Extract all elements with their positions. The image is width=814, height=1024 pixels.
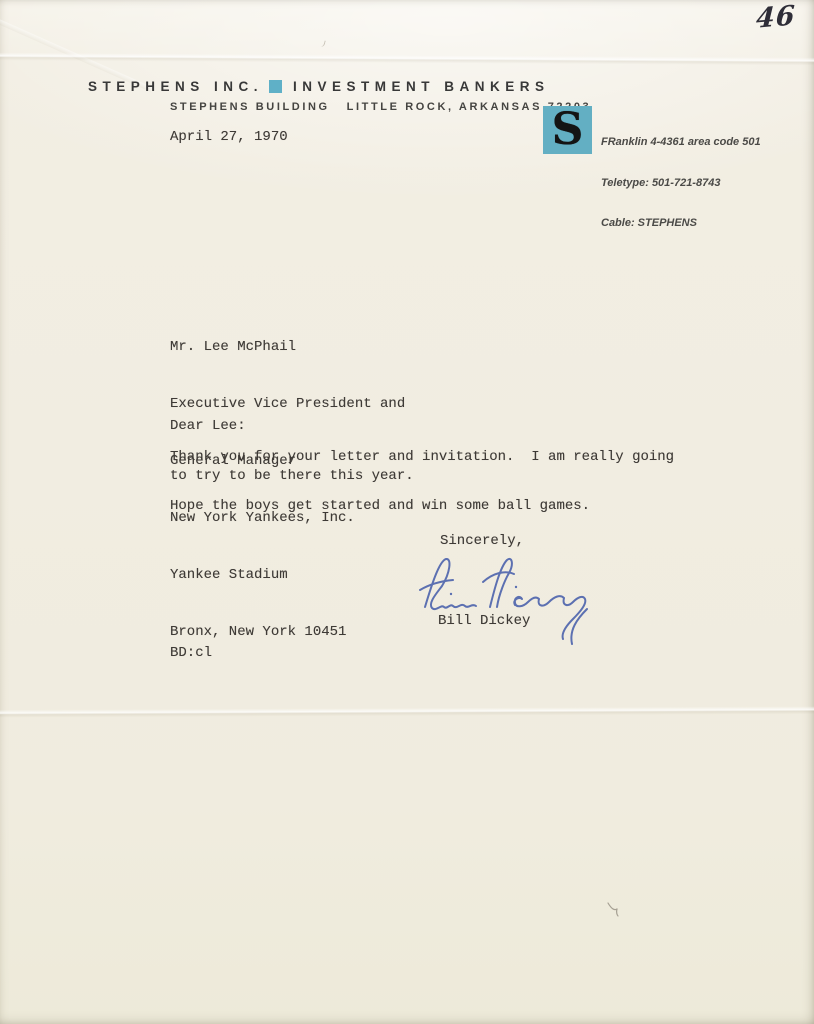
scanned-letter: 46 STEPHENS INC. INVESTMENT BANKERS STEP… <box>0 0 814 1024</box>
letter-date: April 27, 1970 <box>170 128 288 147</box>
reference-initials: BD:cl <box>170 644 212 663</box>
recipient-line: Executive Vice President and <box>170 395 405 414</box>
company-tagline: INVESTMENT BANKERS <box>293 79 550 94</box>
contact-teletype: Teletype: 501-721-8743 <box>601 177 761 191</box>
accent-square-icon <box>269 80 282 93</box>
letterhead-address: STEPHENS BUILDING LITTLE ROCK, ARKANSAS … <box>170 101 591 113</box>
stephens-s-logo-icon: S <box>543 106 592 154</box>
pencil-mark <box>605 900 623 920</box>
typed-signature-name: Bill Dickey <box>438 612 530 631</box>
recipient-line: Yankee Stadium <box>170 566 405 585</box>
body-paragraph: Hope the boys get started and win some b… <box>170 497 590 516</box>
recipient-line: Mr. Lee McPhail <box>170 338 405 357</box>
letterhead-contact-block: FRanklin 4-4361 area code 501 Teletype: … <box>601 109 761 258</box>
fold-line-bottom <box>0 706 814 718</box>
body-paragraph: Thank you for your letter and invitation… <box>170 448 674 486</box>
fold-line-top <box>0 52 814 65</box>
recipient-line: Bronx, New York 10451 <box>170 623 405 642</box>
bill-dickey-signature <box>415 549 600 649</box>
contact-cable: Cable: STEPHENS <box>601 217 761 231</box>
contact-phone: FRanklin 4-4361 area code 501 <box>601 136 761 150</box>
letterhead-title-row: STEPHENS INC. INVESTMENT BANKERS <box>88 79 550 94</box>
handwritten-page-number: 46 <box>755 0 796 35</box>
company-name: STEPHENS INC. <box>88 79 263 94</box>
recipient-address-block: Mr. Lee McPhail Executive Vice President… <box>170 300 405 680</box>
salutation: Dear Lee: <box>170 417 246 436</box>
paper-speck <box>319 39 326 47</box>
